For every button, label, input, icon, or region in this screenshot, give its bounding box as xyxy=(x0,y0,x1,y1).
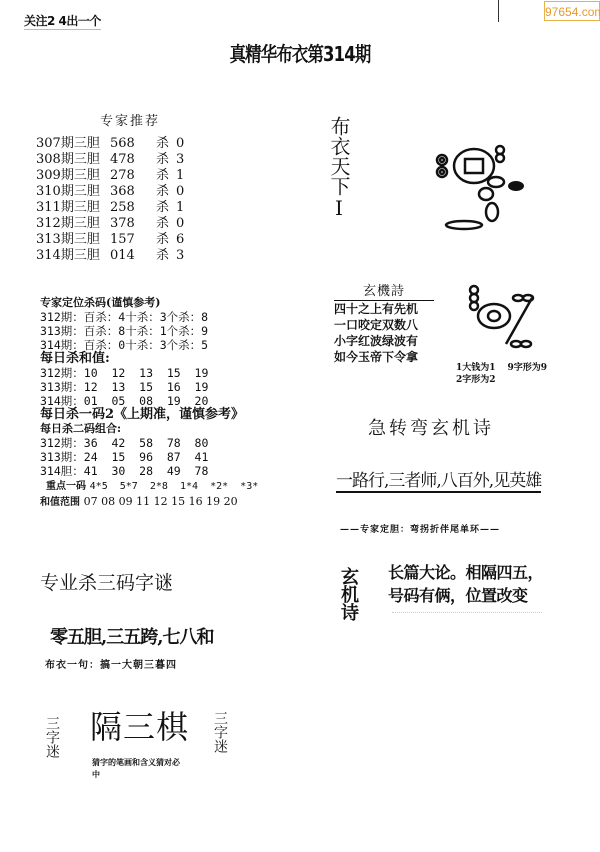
verse-line: 号码有俩，位置改变 xyxy=(388,584,543,607)
poem-line: 小字红波绿波有 xyxy=(334,333,434,349)
position-kill-row: 312期：百杀：4十杀：3个杀：8 xyxy=(40,310,258,324)
expert-recommendation-title: 专家推荐 xyxy=(100,110,160,129)
table-row: 312期三胆378杀0 xyxy=(36,216,190,232)
key-code-row: 重点一码 4*5 5*7 2*8 1*4 *2* *3* xyxy=(46,478,258,494)
numbers: 378 xyxy=(110,216,156,232)
page-title: 真精华布衣第314期 xyxy=(54,38,546,67)
sum-range-values: 07 08 09 11 12 15 16 19 20 xyxy=(84,495,238,508)
coins-illustration-icon xyxy=(434,142,544,232)
kill-value: 3 xyxy=(176,152,190,168)
period: 311期三胆 xyxy=(36,200,110,216)
daily-sum-kill-row: 314期：01 05 08 19 20 xyxy=(40,394,258,408)
kill-value: 0 xyxy=(176,216,190,232)
position-kill-row: 314期：百杀：0十杀：3个杀：5 xyxy=(40,338,258,352)
period: 314期三胆 xyxy=(36,248,110,264)
riddle-answer: 零五胆,三五跨,七八和 xyxy=(50,623,214,649)
period: 309期三胆 xyxy=(36,168,110,184)
table-row: 313期三胆157杀6 xyxy=(36,232,190,248)
follow-note: 关注2 4出一个 xyxy=(24,12,101,30)
poem-line: 如今玉帝下令拿 xyxy=(334,349,434,365)
kill-value: 1 xyxy=(176,200,190,216)
period: 313期三胆 xyxy=(36,232,110,248)
kill-label: 杀 xyxy=(156,168,176,184)
kill-value: 6 xyxy=(176,232,190,248)
numbers: 278 xyxy=(110,168,156,184)
caption-1: 1大钱为1 xyxy=(456,363,496,373)
daily-sum-kill-row: 312期：10 12 13 15 19 xyxy=(40,366,258,380)
sum-range-row: 和值范围 07 08 09 11 12 15 16 19 20 xyxy=(40,494,258,510)
kill-code-block: 专家定位杀码(谨慎参考) 312期：百杀：4十杀：3个杀：8 313期：百杀：8… xyxy=(40,296,258,510)
z-shape-caption: 1大钱为19字形为9 2字形为2 xyxy=(456,362,547,386)
z-shape-coin-illustration-icon xyxy=(466,284,556,354)
kill-label: 杀 xyxy=(156,152,176,168)
kill-label: 杀 xyxy=(156,184,176,200)
numbers: 368 xyxy=(110,184,156,200)
period: 310期三胆 xyxy=(36,184,110,200)
riddle-hint: 布衣一句：搞一大朝三暮四 xyxy=(45,656,177,671)
faint-divider xyxy=(392,612,542,616)
table-row: 308期三胆478杀3 xyxy=(36,152,190,168)
three-char-label-right: 三字迷 xyxy=(212,711,228,753)
puzzle-note: 猜字的笔画和含义猜对必中 xyxy=(92,756,182,780)
kill-label: 杀 xyxy=(156,248,176,264)
kill-value: 3 xyxy=(176,248,190,264)
mystic-poem-title: 玄機詩 xyxy=(334,280,434,301)
daily-two-code-title: 每日杀二码组合: xyxy=(40,422,258,436)
three-char-label-left: 三字迷 xyxy=(44,716,60,758)
puzzle-main: 隔三棋 xyxy=(90,702,189,748)
kill-label: 杀 xyxy=(156,216,176,232)
long-verse: 长篇大论。相隔四五， 号码有俩，位置改变 xyxy=(388,561,543,607)
position-kill-title: 专家定位杀码(谨慎参考) xyxy=(40,296,258,310)
numbers: 568 xyxy=(110,136,156,152)
table-row: 310期三胆368杀0 xyxy=(36,184,190,200)
table-row: 311期三胆258杀1 xyxy=(36,200,190,216)
kill-label: 杀 xyxy=(156,232,176,248)
table-row: 314期三胆014杀3 xyxy=(36,248,190,264)
riddle-title: 专业杀三码字谜 xyxy=(40,568,173,595)
kill-value: 0 xyxy=(176,184,190,200)
mystic-poem: 玄機詩 四十之上有先机 一口咬定双数八 小字红波绿波有 如今玉帝下令拿 xyxy=(334,280,434,365)
period: 307期三胆 xyxy=(36,136,110,152)
sum-range-label: 和值范围 xyxy=(40,497,80,508)
mystic-poem-lines: 四十之上有先机 一口咬定双数八 小字红波绿波有 如今玉帝下令拿 xyxy=(334,301,434,365)
watermark-divider xyxy=(498,0,499,22)
table-row: 309期三胆278杀1 xyxy=(36,168,190,184)
watermark-site: 97654.com xyxy=(544,1,600,21)
numbers: 014 xyxy=(110,248,156,264)
caption-line: 1大钱为19字形为9 xyxy=(456,362,547,374)
daily-two-code-row: 312期：36 42 58 78 80 xyxy=(40,436,258,450)
daily-sum-kill-title: 每日杀和值: xyxy=(40,352,258,366)
daily-one-code-title: 每日杀一码2《上期准，谨慎参考》 xyxy=(40,408,258,422)
poem-line: 四十之上有先机 xyxy=(334,301,434,317)
xuanji-vertical-title: 玄机诗 xyxy=(334,567,362,621)
route-line: 一路行,三者师,八百外,见英雄 xyxy=(336,466,541,493)
daily-sum-kill-row: 313期：12 13 15 16 19 xyxy=(40,380,258,394)
position-kill-row: 313期：百杀：8十杀：1个杀：9 xyxy=(40,324,258,338)
period: 308期三胆 xyxy=(36,152,110,168)
numbers: 258 xyxy=(110,200,156,216)
key-code-values: 4*5 5*7 2*8 1*4 *2* *3* xyxy=(90,481,259,492)
daily-two-code-row: 314胆：41 30 28 49 78 xyxy=(40,464,258,478)
table-row: 307期三胆568杀0 xyxy=(36,136,190,152)
daily-two-code-row: 313期：24 15 96 87 41 xyxy=(40,450,258,464)
kill-value: 0 xyxy=(176,136,190,152)
kill-label: 杀 xyxy=(156,136,176,152)
key-code-label: 重点一码 xyxy=(46,481,86,492)
verse-line: 长篇大论。相隔四五， xyxy=(388,561,543,584)
poem-line: 一口咬定双数八 xyxy=(334,317,434,333)
buyi-vertical-title: 布衣天下I xyxy=(326,116,352,220)
urgent-poem-title: 急转弯玄机诗 xyxy=(368,414,494,440)
numbers: 157 xyxy=(110,232,156,248)
expert-recommendation-table: 307期三胆568杀0 308期三胆478杀3 309期三胆278杀1 310期… xyxy=(36,136,190,264)
caption-9: 9字形为9 xyxy=(508,363,548,373)
period: 312期三胆 xyxy=(36,216,110,232)
kill-value: 1 xyxy=(176,168,190,184)
expert-dan-line: ——专家定胆：弯拐折伴尾单环—— xyxy=(340,522,500,535)
caption-2: 2字形为2 xyxy=(456,374,547,386)
kill-label: 杀 xyxy=(156,200,176,216)
numbers: 478 xyxy=(110,152,156,168)
